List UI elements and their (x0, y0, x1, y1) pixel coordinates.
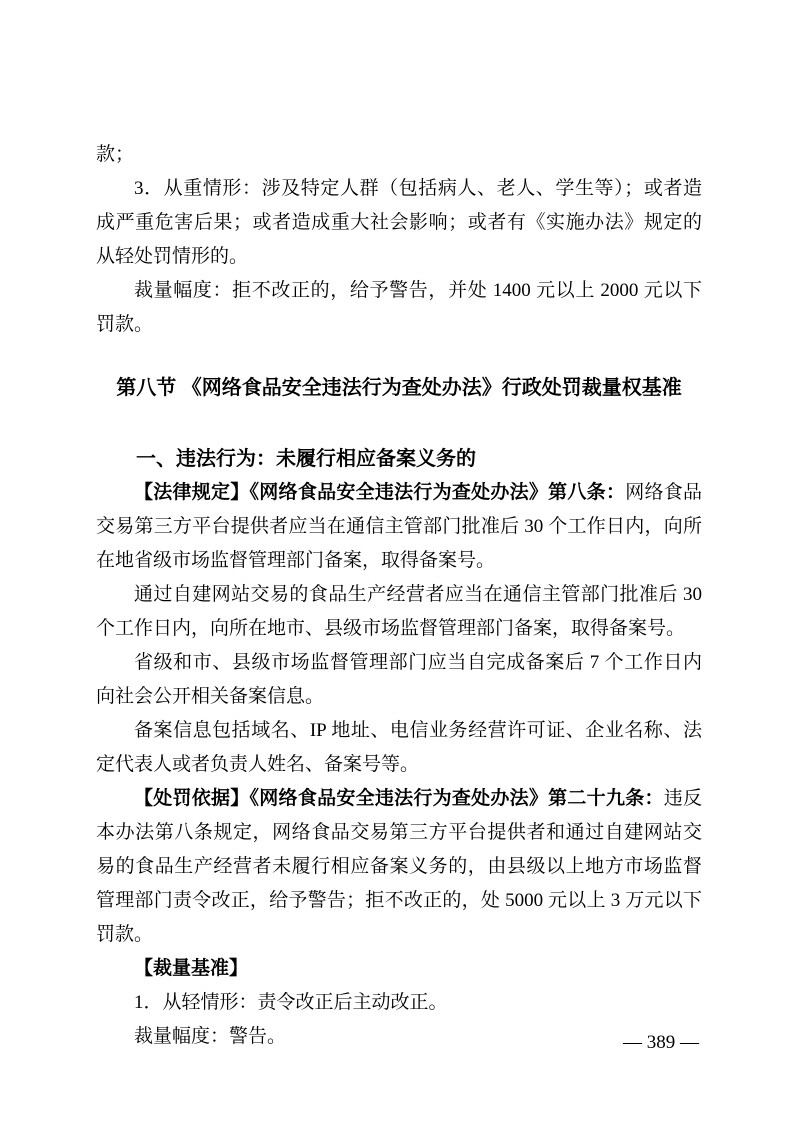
item-heading-violation: 一、违法行为：未履行相应备案义务的 (96, 442, 702, 476)
paragraph-legal-provision: 【法律规定】《网络食品安全违法行为查处办法》第八条：网络食品交易第三方平台提供者… (96, 476, 702, 578)
paragraph-self-built-site: 通过自建网站交易的食品生产经营者应当在通信主管部门批准后 30 个工作日内，向所… (96, 578, 702, 646)
paragraph-mitigating-circumstances: 1．从轻情形：责令改正后主动改正。 (96, 986, 702, 1020)
document-page: 款； 3．从重情形：涉及特定人群（包括病人、老人、学生等）；或者造成严重危害后果… (0, 0, 793, 1122)
section-heading: 第八节 《网络食品安全违法行为查处办法》行政处罚裁量权基准 (96, 371, 702, 405)
legal-provision-label: 【法律规定】《网络食品安全违法行为查处办法》第八条： (134, 482, 625, 503)
paragraph-filing-info-items: 备案信息包括域名、IP 地址、电信业务经营许可证、企业名称、法定代表人或者负责人… (96, 714, 702, 782)
penalty-basis-label: 【处罚依据】《网络食品安全违法行为查处办法》第二十九条： (134, 788, 664, 809)
paragraph-discretion-range-2: 裁量幅度：警告。 (96, 1020, 702, 1054)
paragraph-discretion-range-1: 裁量幅度：拒不改正的，给予警告，并处 1400 元以上 2000 元以下罚款。 (96, 274, 702, 342)
page-number: — 389 — (623, 1028, 699, 1058)
paragraph-publish-filing-info: 省级和市、县级市场监督管理部门应当自完成备案后 7 个工作日内向社会公开相关备案… (96, 646, 702, 714)
paragraph-aggravating-circumstances: 3．从重情形：涉及特定人群（包括病人、老人、学生等）；或者造成严重危害后果；或者… (96, 172, 702, 274)
benchmark-label: 【裁量基准】 (96, 952, 702, 986)
paragraph-penalty-basis: 【处罚依据】《网络食品安全违法行为查处办法》第二十九条：违反本办法第八条规定，网… (96, 782, 702, 952)
paragraph-fine-continuation: 款； (96, 138, 702, 172)
document-body: 款； 3．从重情形：涉及特定人群（包括病人、老人、学生等）；或者造成严重危害后果… (96, 138, 702, 1054)
penalty-basis-text: 违反本办法第八条规定，网络食品交易第三方平台提供者和通过自建网站交易的食品生产经… (96, 788, 702, 945)
